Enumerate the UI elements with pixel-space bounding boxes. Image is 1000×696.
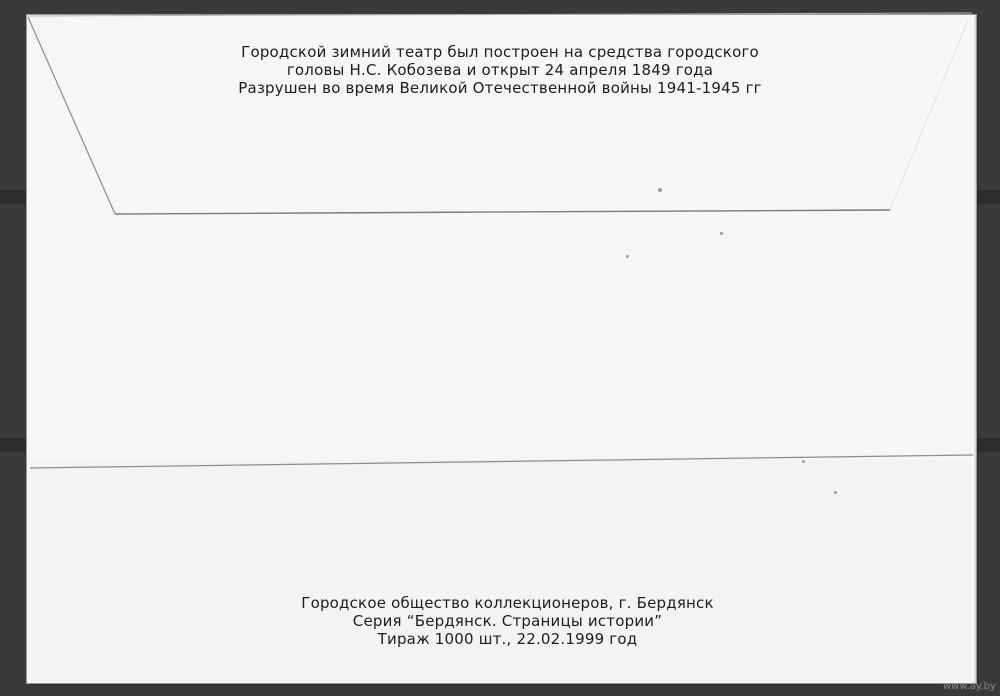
flap-right-fold — [890, 20, 968, 210]
imprint-text-line: Серия “Бердянск. Страницы истории” — [250, 612, 765, 630]
paper-speck — [802, 460, 805, 463]
flap-text-line: Городской зимний театр был построен на с… — [200, 43, 800, 61]
paper-speck — [626, 255, 629, 258]
paper-speck — [658, 188, 662, 192]
imprint-text-line: Городское общество коллекционеров, г. Бе… — [250, 594, 765, 612]
flap-text: Городской зимний театр был построен на с… — [200, 43, 800, 97]
imprint-text: Городское общество коллекционеров, г. Бе… — [250, 594, 765, 648]
imprint-text-line: Тираж 1000 шт., 22.02.1999 год — [250, 630, 765, 648]
flap-bottom-edge — [115, 210, 890, 214]
paper-speck — [834, 491, 837, 494]
flap-text-line: Разрушен во время Великой Отечественной … — [200, 79, 800, 97]
flap-left-fold — [28, 17, 115, 214]
flap-text-line: головы Н.С. Кобозева и открыт 24 апреля … — [200, 61, 800, 79]
paper-speck — [720, 232, 723, 235]
envelope-top-edge — [28, 13, 972, 16]
bottom-flap-edge — [30, 455, 973, 468]
watermark: www.ay.by — [943, 681, 996, 692]
envelope-fold-lines — [0, 0, 1000, 696]
